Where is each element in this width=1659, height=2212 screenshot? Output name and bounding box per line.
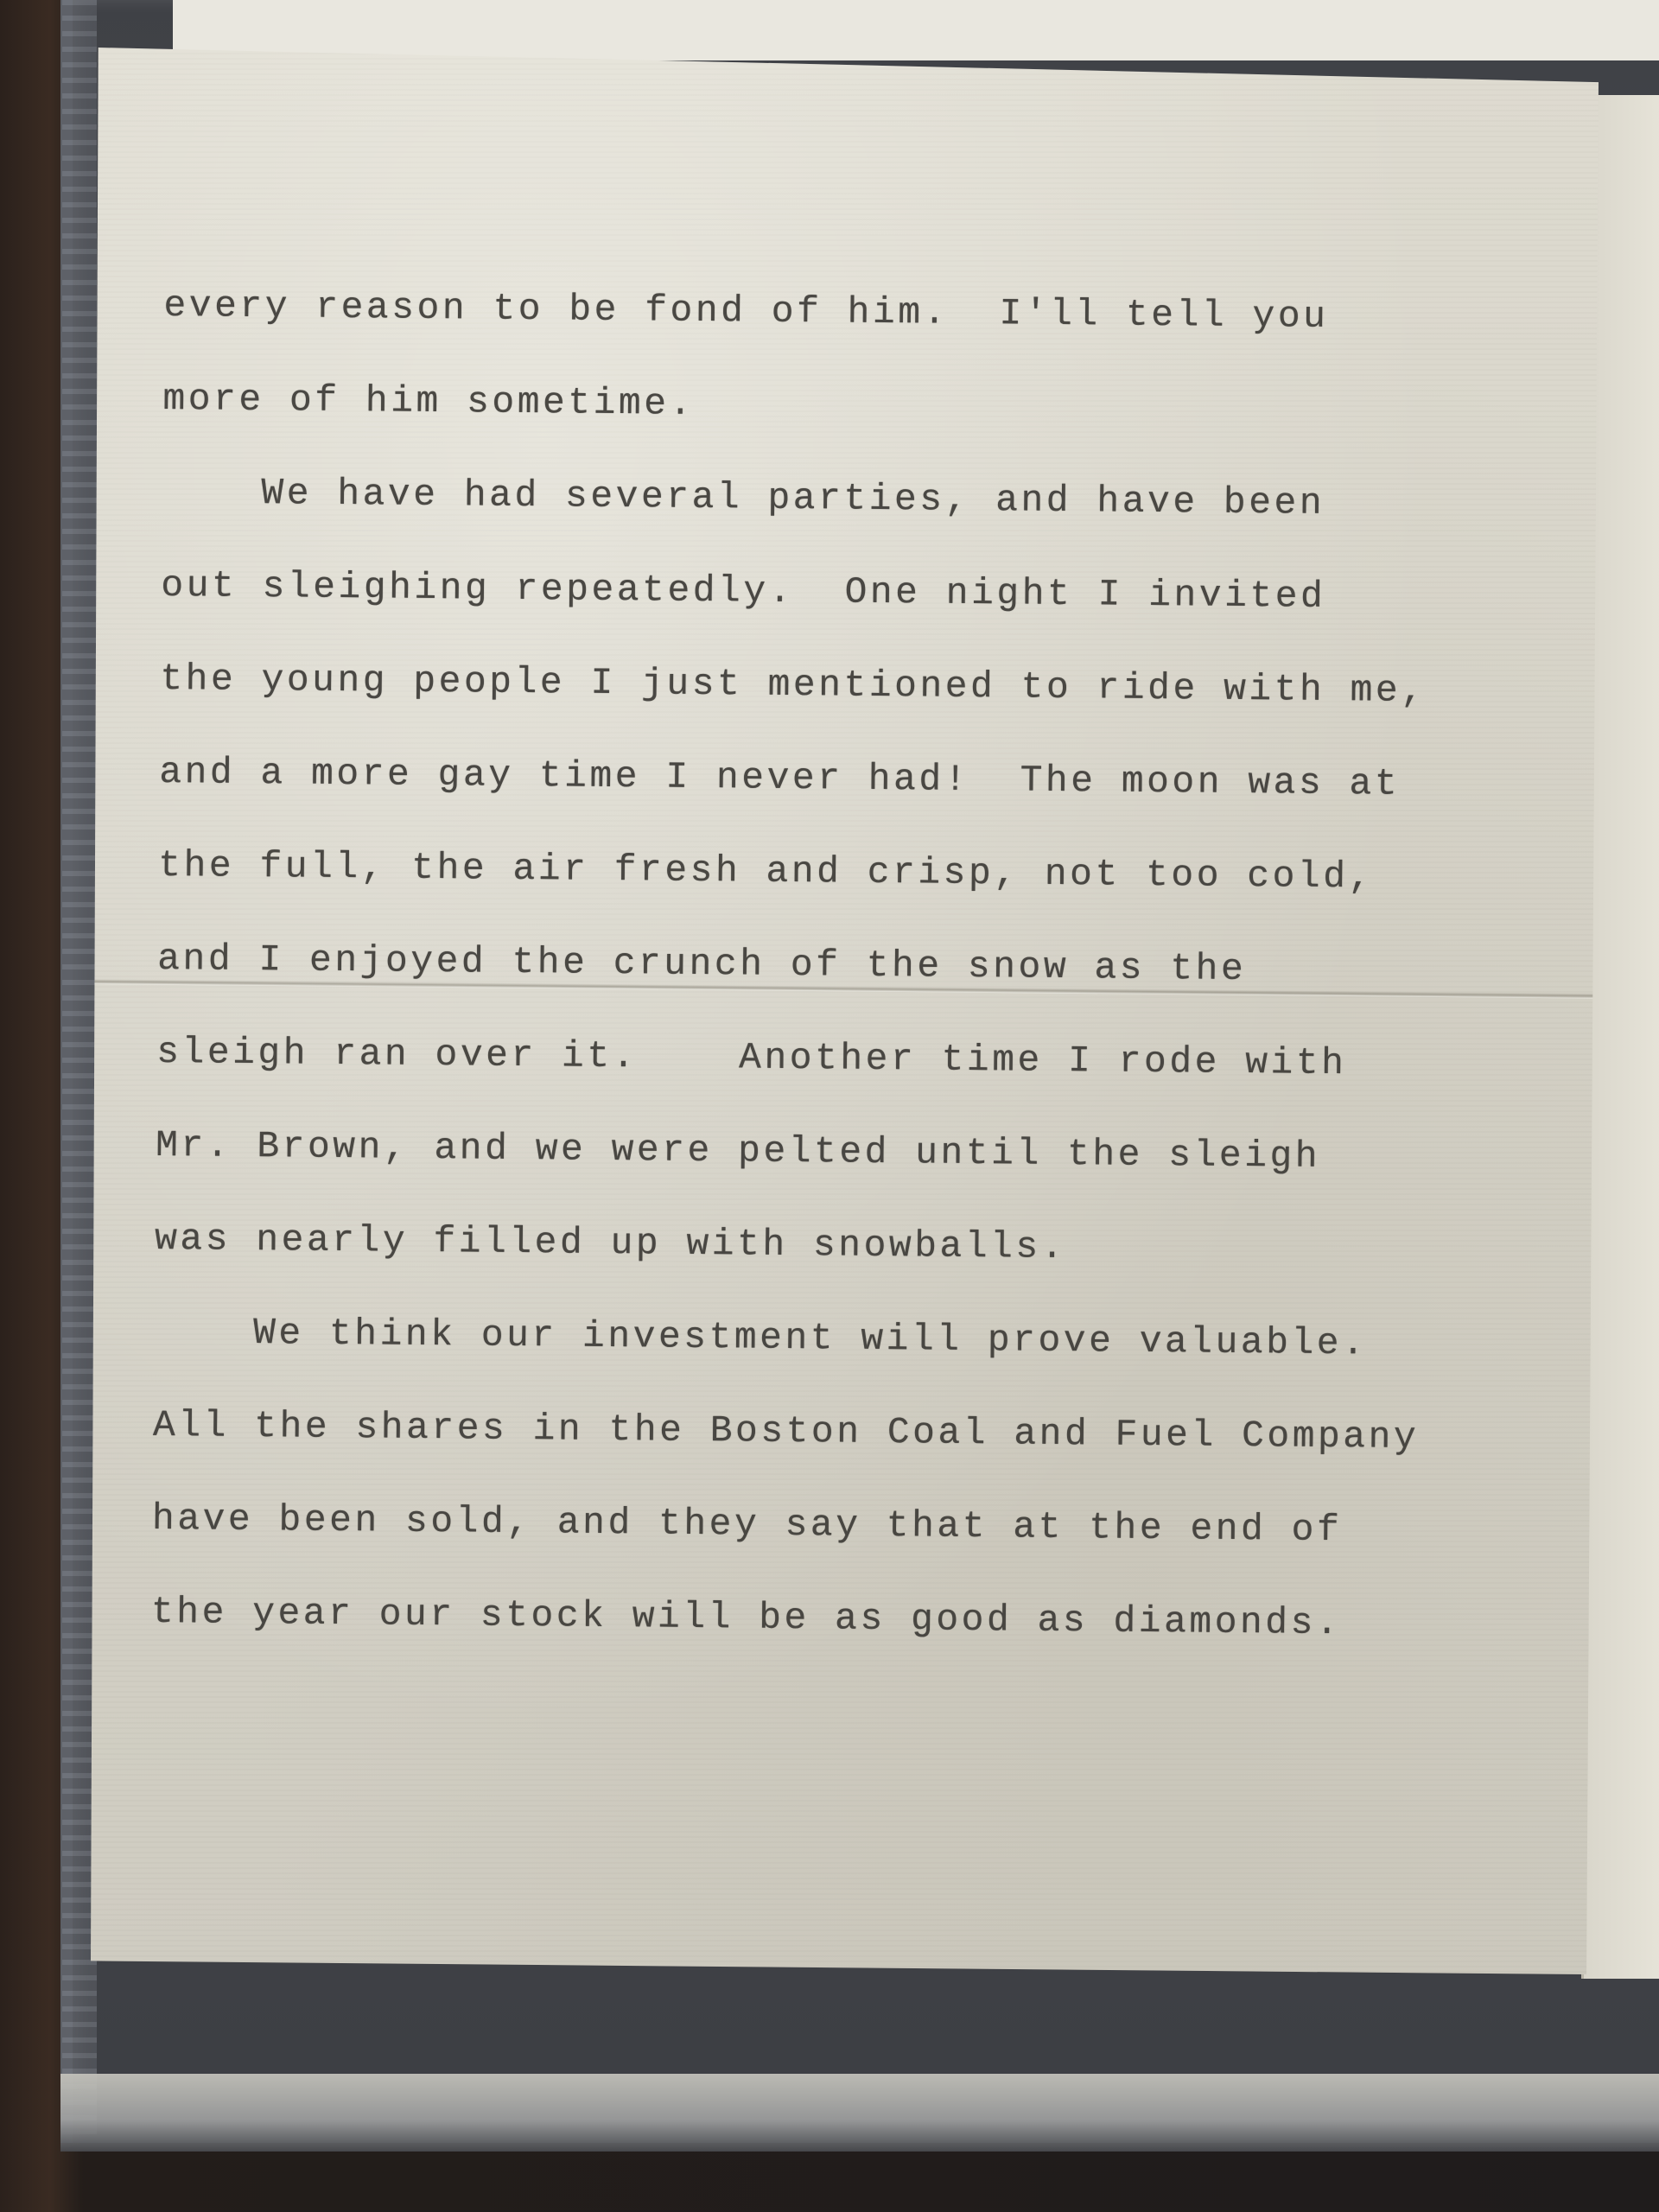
text-line: the full, the air fresh and crisp, not t…: [158, 819, 1507, 925]
text-line: and a more gay time I never had! The moo…: [159, 726, 1508, 832]
page-behind-top: [173, 0, 1659, 60]
text-line: All the shares in the Boston Coal and Fu…: [153, 1379, 1502, 1485]
text-line: the young people I just mentioned to rid…: [160, 632, 1509, 739]
text-line: and I enjoyed the crunch of the snow as …: [157, 912, 1506, 1019]
text-line: We have had several parties, and have be…: [162, 446, 1510, 552]
letter-body: every reason to be fond of him. I'll tel…: [150, 259, 1511, 1672]
text-line: was nearly filled up with snowballs.: [155, 1192, 1503, 1299]
text-line: out sleighing repeatedly. One night I in…: [161, 539, 1510, 645]
sleeve-bottom-edge: [60, 2074, 1659, 2152]
text-line: more of him sometime.: [162, 353, 1511, 459]
text-line: Mr. Brown, and we were pelted until the …: [156, 1099, 1504, 1205]
text-line: every reason to be fond of him. I'll tel…: [163, 259, 1512, 365]
text-line: We think our investment will prove valua…: [154, 1286, 1503, 1392]
text-line: sleigh ran over it. Another time I rode …: [156, 1006, 1505, 1112]
text-line: the year our stock will be as good as di…: [150, 1566, 1499, 1672]
text-line: have been sold, and they say that at the…: [151, 1472, 1500, 1579]
